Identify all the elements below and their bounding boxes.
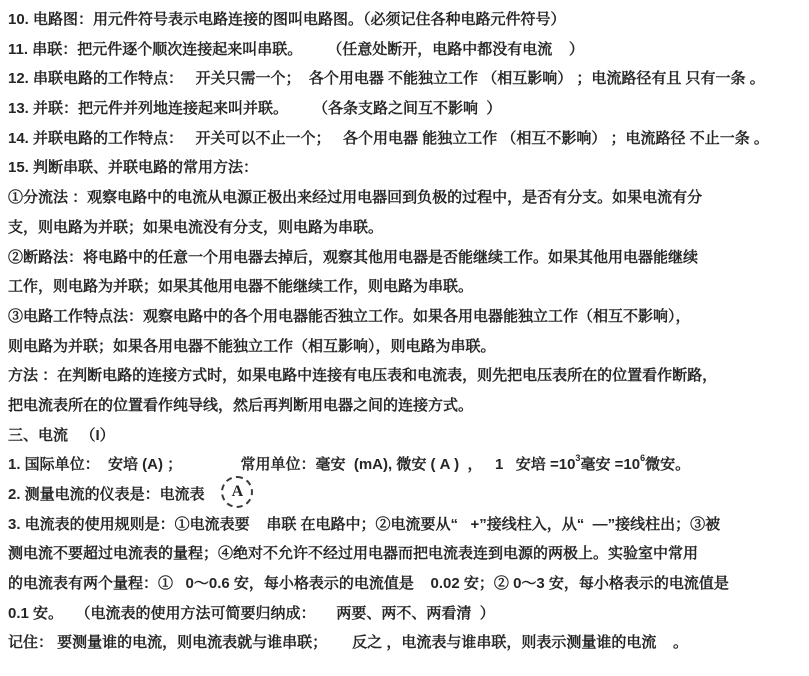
text-segment: 12. 串联电路的工作特点： 开关只需一个； 各个用电器 不能独立工作 （相互影… <box>8 70 765 87</box>
superscript-exponent: 6 <box>640 453 645 463</box>
text-line-16: 1. 国际单位： 安培 (A) ； 常用单位：毫安 (mA), 微安 ( A )… <box>8 450 805 480</box>
text-segment: 记住： 要测量谁的电流，则电流表就与谁串联； 反之 ，电流表与谁串联，则表示测量… <box>8 634 688 651</box>
text-segment: 13. 并联：把元件并列地连接起来叫并联。 （各条支路之间互不影响 ） <box>8 100 501 117</box>
text-segment: 测电流不要超过电流表的量程；④绝对不允许不经过用电器而把电流表连到电源的两极上。… <box>8 545 698 562</box>
text-segment: 三、电流 （I） <box>8 427 115 444</box>
text-segment: ②断路法：将电路中的任意一个用电器去掉后，观察其他用电器是否能继续工作。如果其他… <box>8 249 698 266</box>
text-segment: 的电流表有两个量程：① 0～0.6 安，每小格表示的电流值是 0.02 安；② … <box>8 575 729 592</box>
text-segment: 把电流表所在的位置看作纯导线，然后再判断用电器之间的连接方式。 <box>8 397 473 414</box>
text-segment: 14. 并联电路的工作特点： 开关可以不止一个； 各个用电器 能独立工作 （相互… <box>8 130 769 147</box>
superscript-exponent: 3 <box>575 453 580 463</box>
text-line-5: 14. 并联电路的工作特点： 开关可以不止一个； 各个用电器 能独立工作 （相互… <box>8 124 805 154</box>
text-segment: 15. 判断串联、并联电路的常用方法： <box>8 159 258 176</box>
text-segment: ③电路工作特点法：观察电路中的各个用电器能否独立工作。如果各用电器能独立工作（相… <box>8 308 691 325</box>
notes-page: 10. 电路图：用元件符号表示电路连接的图叫电路图。（必须记住各种电路元件符号）… <box>0 0 809 676</box>
text-line-18: 3. 电流表的使用规则是：①电流表要 串联 在电路中；②电流要从“ +”接线柱入… <box>8 510 805 540</box>
text-line-12: 则电路为并联；如果各用电器不能独立工作（相互影响），则电路为串联。 <box>8 332 805 362</box>
text-line-22: 记住： 要测量谁的电流，则电流表就与谁串联； 反之 ，电流表与谁串联，则表示测量… <box>8 628 805 658</box>
text-segment: 支，则电路为并联；如果电流没有分支，则电路为串联。 <box>8 219 383 236</box>
text-segment: 2. 测量电流的仪表是：电流表 <box>8 486 221 503</box>
text-line-7: ①分流法 ：观察电路中的电流从电源正极出来经过用电器回到负极的过程中，是否有分支… <box>8 183 805 213</box>
text-line-1: 10. 电路图：用元件符号表示电路连接的图叫电路图。（必须记住各种电路元件符号） <box>8 5 805 35</box>
text-segment: 3. 电流表的使用规则是：①电流表要 串联 在电路中；②电流要从“ +”接线柱入… <box>8 516 720 533</box>
text-line-4: 13. 并联：把元件并列地连接起来叫并联。 （各条支路之间互不影响 ） <box>8 94 805 124</box>
text-line-2: 11. 串联：把元件逐个顺次连接起来叫串联。 （任意处断开，电路中都没有电流 ） <box>8 35 805 65</box>
text-line-3: 12. 串联电路的工作特点： 开关只需一个； 各个用电器 不能独立工作 （相互影… <box>8 64 805 94</box>
text-line-17: 2. 测量电流的仪表是：电流表 A <box>8 480 805 510</box>
text-line-11: ③电路工作特点法：观察电路中的各个用电器能否独立工作。如果各用电器能独立工作（相… <box>8 302 805 332</box>
ammeter-icon: A <box>221 476 253 508</box>
text-segment: 工作，则电路为并联；如果其他用电器不能继续工作，则电路为串联。 <box>8 278 473 295</box>
text-line-14: 把电流表所在的位置看作纯导线，然后再判断用电器之间的连接方式。 <box>8 391 805 421</box>
text-segment: 方法 ：在判断电路的连接方式时，如果电路中连接有电压表和电流表，则先把电压表所在… <box>8 367 717 384</box>
text-segment: 11. 串联：把元件逐个顺次连接起来叫串联。 （任意处断开，电路中都没有电流 ） <box>8 41 584 58</box>
text-segment: 毫安 =10 <box>580 456 640 473</box>
text-line-20: 的电流表有两个量程：① 0～0.6 安，每小格表示的电流值是 0.02 安；② … <box>8 569 805 599</box>
text-line-15: 三、电流 （I） <box>8 421 805 451</box>
text-line-13: 方法 ：在判断电路的连接方式时，如果电路中连接有电压表和电流表，则先把电压表所在… <box>8 361 805 391</box>
text-line-6: 15. 判断串联、并联电路的常用方法： <box>8 153 805 183</box>
text-line-21: 0.1 安。 （电流表的使用方法可简要归纳成： 两要、两不、两看清 ） <box>8 599 805 629</box>
text-segment: 则电路为并联；如果各用电器不能独立工作（相互影响），则电路为串联。 <box>8 338 496 355</box>
text-segment: ①分流法 ：观察电路中的电流从电源正极出来经过用电器回到负极的过程中，是否有分支… <box>8 189 702 206</box>
text-line-9: ②断路法：将电路中的任意一个用电器去掉后，观察其他用电器是否能继续工作。如果其他… <box>8 243 805 273</box>
text-line-10: 工作，则电路为并联；如果其他用电器不能继续工作，则电路为串联。 <box>8 272 805 302</box>
text-line-8: 支，则电路为并联；如果电流没有分支，则电路为串联。 <box>8 213 805 243</box>
text-segment: 1. 国际单位： 安培 (A) ； 常用单位：毫安 (mA), 微安 ( A )… <box>8 456 575 473</box>
text-segment: 0.1 安。 （电流表的使用方法可简要归纳成： 两要、两不、两看清 ） <box>8 605 495 622</box>
document-body: 10. 电路图：用元件符号表示电路连接的图叫电路图。（必须记住各种电路元件符号）… <box>0 0 809 658</box>
text-line-19: 测电流不要超过电流表的量程；④绝对不允许不经过用电器而把电流表连到电源的两极上。… <box>8 539 805 569</box>
text-segment: 10. 电路图：用元件符号表示电路连接的图叫电路图。（必须记住各种电路元件符号） <box>8 11 566 28</box>
text-segment: 微安。 <box>645 456 690 473</box>
